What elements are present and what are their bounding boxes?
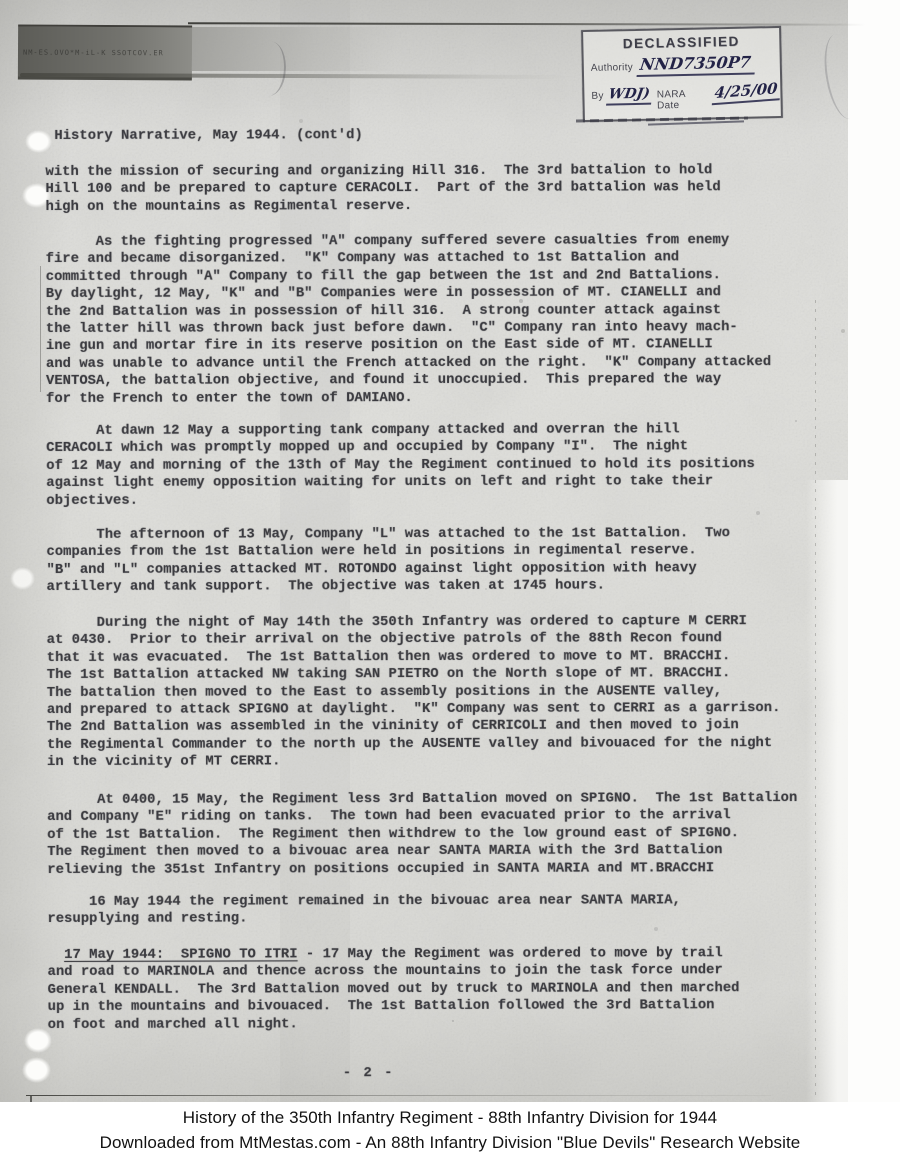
text-line: at 0430. Prior to their arrival on the o… (47, 630, 781, 649)
text-line: committed through "A" Company to fill th… (46, 267, 771, 286)
document-heading: History Narrative, May 1944. (cont'd) (54, 127, 362, 144)
text-line: for the French to enter the town of DAMI… (46, 389, 771, 408)
text-line: companies from the 1st Battalion were he… (46, 543, 730, 562)
paragraph: 16 May 1944 the regiment remained in the… (47, 892, 681, 928)
website-footer: History of the 350th Infantry Regiment -… (0, 1102, 900, 1165)
paragraph: At dawn 12 May a supporting tank company… (46, 421, 755, 510)
paragraph: with the mission of securing and organiz… (45, 162, 720, 216)
text-line: 16 May 1944 the regiment remained in the… (47, 892, 681, 911)
scan-specks (0, 0, 2, 2)
footer-title: History of the 350th Infantry Regiment -… (0, 1108, 900, 1128)
text-line: in the vicinity of MT CERRI. (47, 752, 781, 771)
text-line: on foot and marched all night. (48, 1015, 740, 1034)
text-line: By daylight, 12 May, "K" and "B" Compani… (46, 284, 771, 303)
page: NM-ES.OVO*M-iL-K SSOTCOV.ER DECLASSIFIED… (0, 0, 900, 1165)
text-line: and road to MARINOLA and thence across t… (48, 963, 740, 982)
text-line: and Company "E" riding on tanks. The tow… (47, 807, 797, 826)
underlined-heading: 17 May 1944: SPIGNO TO ITRI (64, 946, 297, 963)
scan-line-artifact (40, 266, 41, 392)
paragraph: 17 May 1944: SPIGNO TO ITRI - 17 May the… (47, 945, 739, 1034)
text-line: ine gun and mortar fire in its reserve p… (46, 336, 771, 355)
paragraph: As the fighting progressed "A" company s… (46, 232, 772, 408)
text-line: "B" and "L" companies attacked MT. ROTON… (46, 560, 730, 579)
punch-hole (22, 1057, 51, 1083)
text-line: VENTOSA, the battalion objective, and fo… (46, 371, 771, 390)
text-line: resupplying and resting. (47, 910, 681, 929)
paragraph: During the night of May 14th the 350th I… (47, 613, 781, 771)
text-line: of the 1st Battalion. The Regiment then … (47, 825, 797, 844)
text-line: artillery and tank support. The objectiv… (47, 577, 731, 596)
typewritten-text-block: History Narrative, May 1944. (cont'd) wi… (45, 0, 848, 1102)
text-line: objectives. (46, 491, 755, 510)
text-line: The Regiment then moved to a bivouac are… (47, 842, 797, 861)
text-line: Hill 100 and be prepared to capture CERA… (45, 180, 720, 199)
text-line: relieving the 351st Infantry on position… (47, 860, 797, 879)
footer-source: Downloaded from MtMestas.com - An 88th I… (0, 1133, 900, 1153)
paragraph: At 0400, 15 May, the Regiment less 3rd B… (47, 790, 797, 879)
page-number: - 2 - (343, 1065, 395, 1081)
text-line: the Regimental Commander to the north up… (47, 735, 781, 754)
scanned-document-sheet: NM-ES.OVO*M-iL-K SSOTCOV.ER DECLASSIFIED… (0, 0, 848, 1102)
paragraph: The afternoon of 13 May, Company "L" was… (46, 525, 730, 596)
text-line: CERACOLI which was promptly mopped up an… (46, 439, 755, 458)
text-line: The 1st Battalion attacked NW taking SAN… (47, 665, 781, 684)
text-line: high on the mountains as Regimental rese… (46, 197, 721, 216)
text-line: of 12 May and morning of the 13th of May… (46, 456, 755, 475)
text-line: The 2nd Battalion was assembled in the v… (47, 717, 781, 736)
text-line: against light enemy opposition waiting f… (46, 473, 755, 492)
text-line: and was unable to advance until the Fren… (46, 354, 771, 373)
text-line: that it was evacuated. The 1st Battalion… (47, 648, 781, 667)
text-line: The battalion then moved to the East to … (47, 683, 781, 702)
text-line: the 2nd Battalion was in possession of h… (46, 302, 771, 321)
text-line: fire and became disorganized. "K" Compan… (46, 249, 771, 268)
text-line: up in the mountains and bivouaced. The 1… (48, 997, 740, 1016)
punch-hole (10, 567, 35, 590)
text-line: General KENDALL. The 3rd Battalion moved… (48, 980, 740, 999)
